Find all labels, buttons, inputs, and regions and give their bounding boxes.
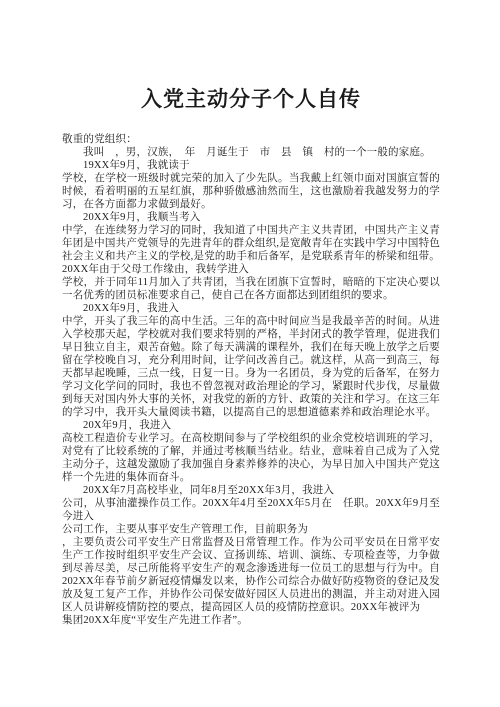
paragraph-13: 公司，从事油灌操作员工作。20XX年4月至20XX年5月在 任职。20XX年9月… (62, 497, 440, 523)
paragraph-10: 20X年9月，我进入 (62, 419, 440, 432)
paragraph-9: 中学，开头了我三年的高中生活。三年的高中时间应当是我最辛苦的时间。从进入学校那天… (62, 315, 440, 419)
document-body: 敬重的党组织：我叫 ，男，汉族， 年 月诞生于 市 县 镇 村的一个一般的家庭。… (62, 133, 440, 627)
paragraph-11: 高校工程造价专业学习。在高校期间参与了学校组织的业余党校培训班的学习，对党有了比… (62, 432, 440, 484)
document-page: 入党主动分子个人自传 敬重的党组织：我叫 ，男，汉族， 年 月诞生于 市 县 镇… (0, 0, 500, 707)
paragraph-1: 敬重的党组织： (62, 133, 440, 146)
paragraph-4: 学校，在学校一班级时就完荣的加入了少先队。当我戴上红领巾面对国旗宣誓的时候，看着… (62, 172, 440, 211)
document-title: 入党主动分子个人自传 (62, 86, 440, 113)
paragraph-16: 集团20XX年度“平安生产先进工作者”。 (62, 614, 440, 627)
paragraph-12: 20XX年7月高校毕业，同年8月至20XX年3月，我进入 (62, 484, 440, 497)
paragraph-7: 学校，并于同年11月加入了共青团，当我在团旗下宣誓时，暗暗的下定决心要以一名优秀… (62, 276, 440, 302)
paragraph-2: 我叫 ，男，汉族， 年 月诞生于 市 县 镇 村的一个一般的家庭。 (62, 146, 440, 159)
paragraph-5: 20XX年9月，我顺当考入 (62, 211, 440, 224)
paragraph-15: ，主要负责公司平安生产日常监督及日常管理工作。作为公司平安员在日常平安生产工作按… (62, 536, 440, 614)
paragraph-14: 公司工作，主要从事平安生产管理工作，目前职务为 (62, 523, 440, 536)
paragraph-6: 中学，在连续努力学习的同时，我知道了中国共产主义共青团，中国共产主义青年团是中国… (62, 224, 440, 276)
paragraph-3: 19XX年9月，我就读于 (62, 159, 440, 172)
paragraph-8: 20XX年9月，我进入 (62, 302, 440, 315)
